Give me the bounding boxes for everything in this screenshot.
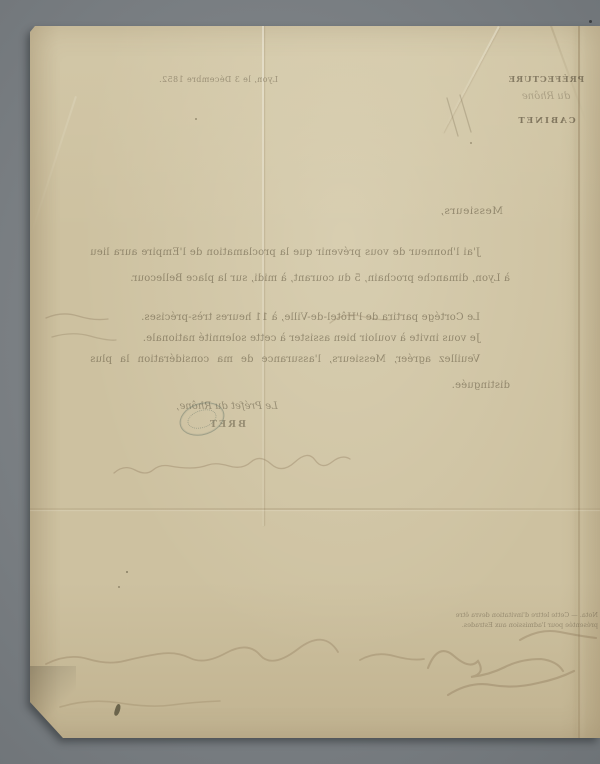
letterhead-du-rhone: du Rhône [500, 91, 592, 102]
body-paragraph-1: J'ai l'honneur de vous prévenir que la p… [90, 240, 510, 292]
salutation: Messieurs, [440, 205, 503, 217]
foxing-dot [118, 586, 120, 588]
foxing-dot [470, 142, 472, 144]
paper-shadow-wrap: PRÉFECTURE du Rhône CABINET Lyon, le 3 D… [0, 0, 600, 764]
letter-paper-verso: PRÉFECTURE du Rhône CABINET Lyon, le 3 D… [30, 26, 600, 738]
letterhead-prefecture: PRÉFECTURE [500, 75, 592, 85]
body-paragraph-4: Veuillez agréer, Messieurs, l'assurance … [90, 347, 510, 399]
dateline: Lyon, le 3 Décembre 1852. [98, 75, 278, 84]
letterhead-cabinet: CABINET [500, 116, 592, 126]
foxing-dot [126, 571, 128, 573]
letterhead-block: PRÉFECTURE du Rhône CABINET [500, 75, 592, 126]
foxing-dot [195, 118, 197, 120]
photo-of-letter-verso: PRÉFECTURE du Rhône CABINET Lyon, le 3 D… [0, 0, 600, 764]
background-speck [589, 20, 592, 23]
stamp-inner-ring [185, 406, 219, 432]
mirrored-bleedthrough-text: PRÉFECTURE du Rhône CABINET Lyon, le 3 D… [30, 26, 600, 738]
nota-fine-print: Nota. — Cette lettre d'invitation devra … [428, 611, 598, 630]
